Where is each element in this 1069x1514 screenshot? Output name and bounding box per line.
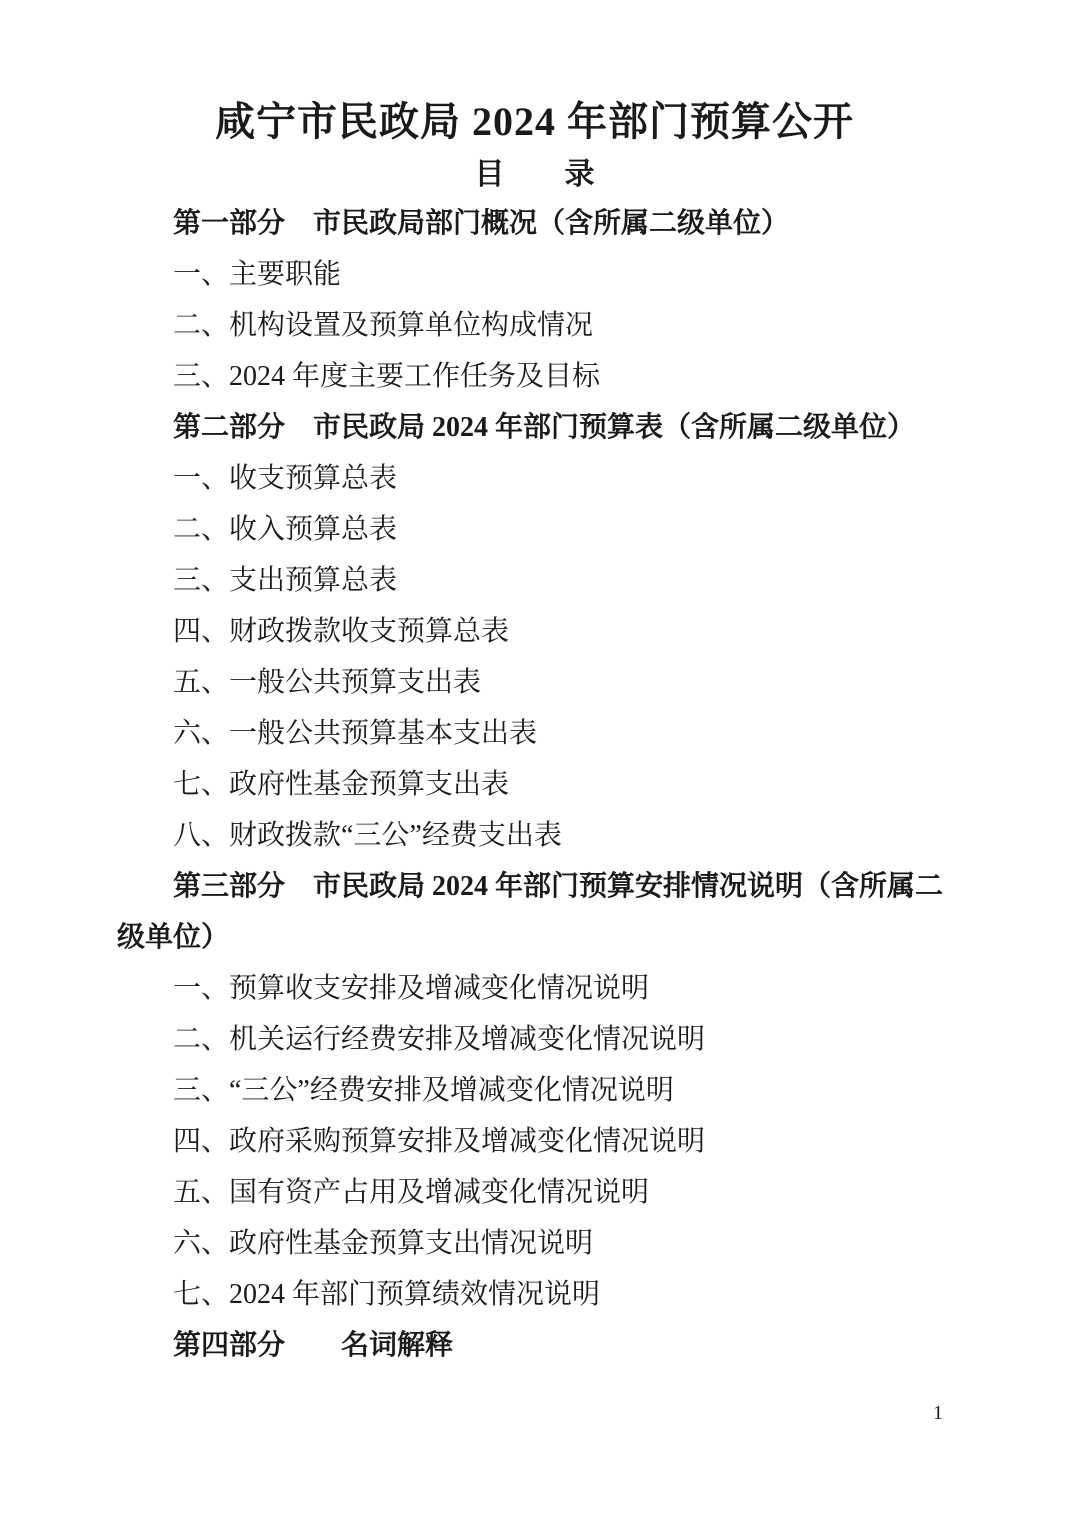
toc-entry: 六、一般公共预算基本支出表 — [117, 708, 952, 759]
toc-entry: 三、支出预算总表 — [117, 555, 952, 606]
toc-part-1: 第一部分 市民政局部门概况（含所属二级单位） — [117, 198, 952, 249]
toc-entry: 五、国有资产占用及增减变化情况说明 — [117, 1167, 952, 1218]
toc-entry: 四、政府采购预算安排及增减变化情况说明 — [117, 1116, 952, 1167]
document-title: 咸宁市民政局 2024 年部门预算公开 — [117, 92, 952, 152]
toc-entry: 八、财政拨款“三公”经费支出表 — [117, 810, 952, 861]
toc-entry: 一、预算收支安排及增减变化情况说明 — [117, 963, 952, 1014]
toc-entry: 五、一般公共预算支出表 — [117, 657, 952, 708]
toc-entry: 二、收入预算总表 — [117, 504, 952, 555]
toc-entry: 六、政府性基金预算支出情况说明 — [117, 1218, 952, 1269]
toc-part-4: 第四部分 名词解释 — [117, 1320, 952, 1371]
table-of-contents: 第一部分 市民政局部门概况（含所属二级单位） 一、主要职能 二、机构设置及预算单… — [117, 198, 952, 1371]
toc-heading: 目 录 — [117, 152, 952, 198]
toc-part-2: 第二部分 市民政局 2024 年部门预算表（含所属二级单位） — [117, 402, 952, 453]
toc-entry: 三、“三公”经费安排及增减变化情况说明 — [117, 1065, 952, 1116]
toc-part-3: 第三部分 市民政局 2024 年部门预算安排情况说明（含所属二级单位） — [117, 861, 952, 963]
toc-entry: 七、政府性基金预算支出表 — [117, 759, 952, 810]
toc-entry: 二、机关运行经费安排及增减变化情况说明 — [117, 1014, 952, 1065]
toc-entry: 四、财政拨款收支预算总表 — [117, 606, 952, 657]
toc-entry: 七、2024 年部门预算绩效情况说明 — [117, 1269, 952, 1320]
toc-entry: 三、2024 年度主要工作任务及目标 — [117, 351, 952, 402]
document-page: 咸宁市民政局 2024 年部门预算公开 目 录 第一部分 市民政局部门概况（含所… — [0, 0, 1069, 1514]
toc-entry: 二、机构设置及预算单位构成情况 — [117, 300, 952, 351]
toc-entry: 一、收支预算总表 — [117, 453, 952, 504]
page-number: 1 — [0, 1398, 943, 1428]
toc-entry: 一、主要职能 — [117, 249, 952, 300]
